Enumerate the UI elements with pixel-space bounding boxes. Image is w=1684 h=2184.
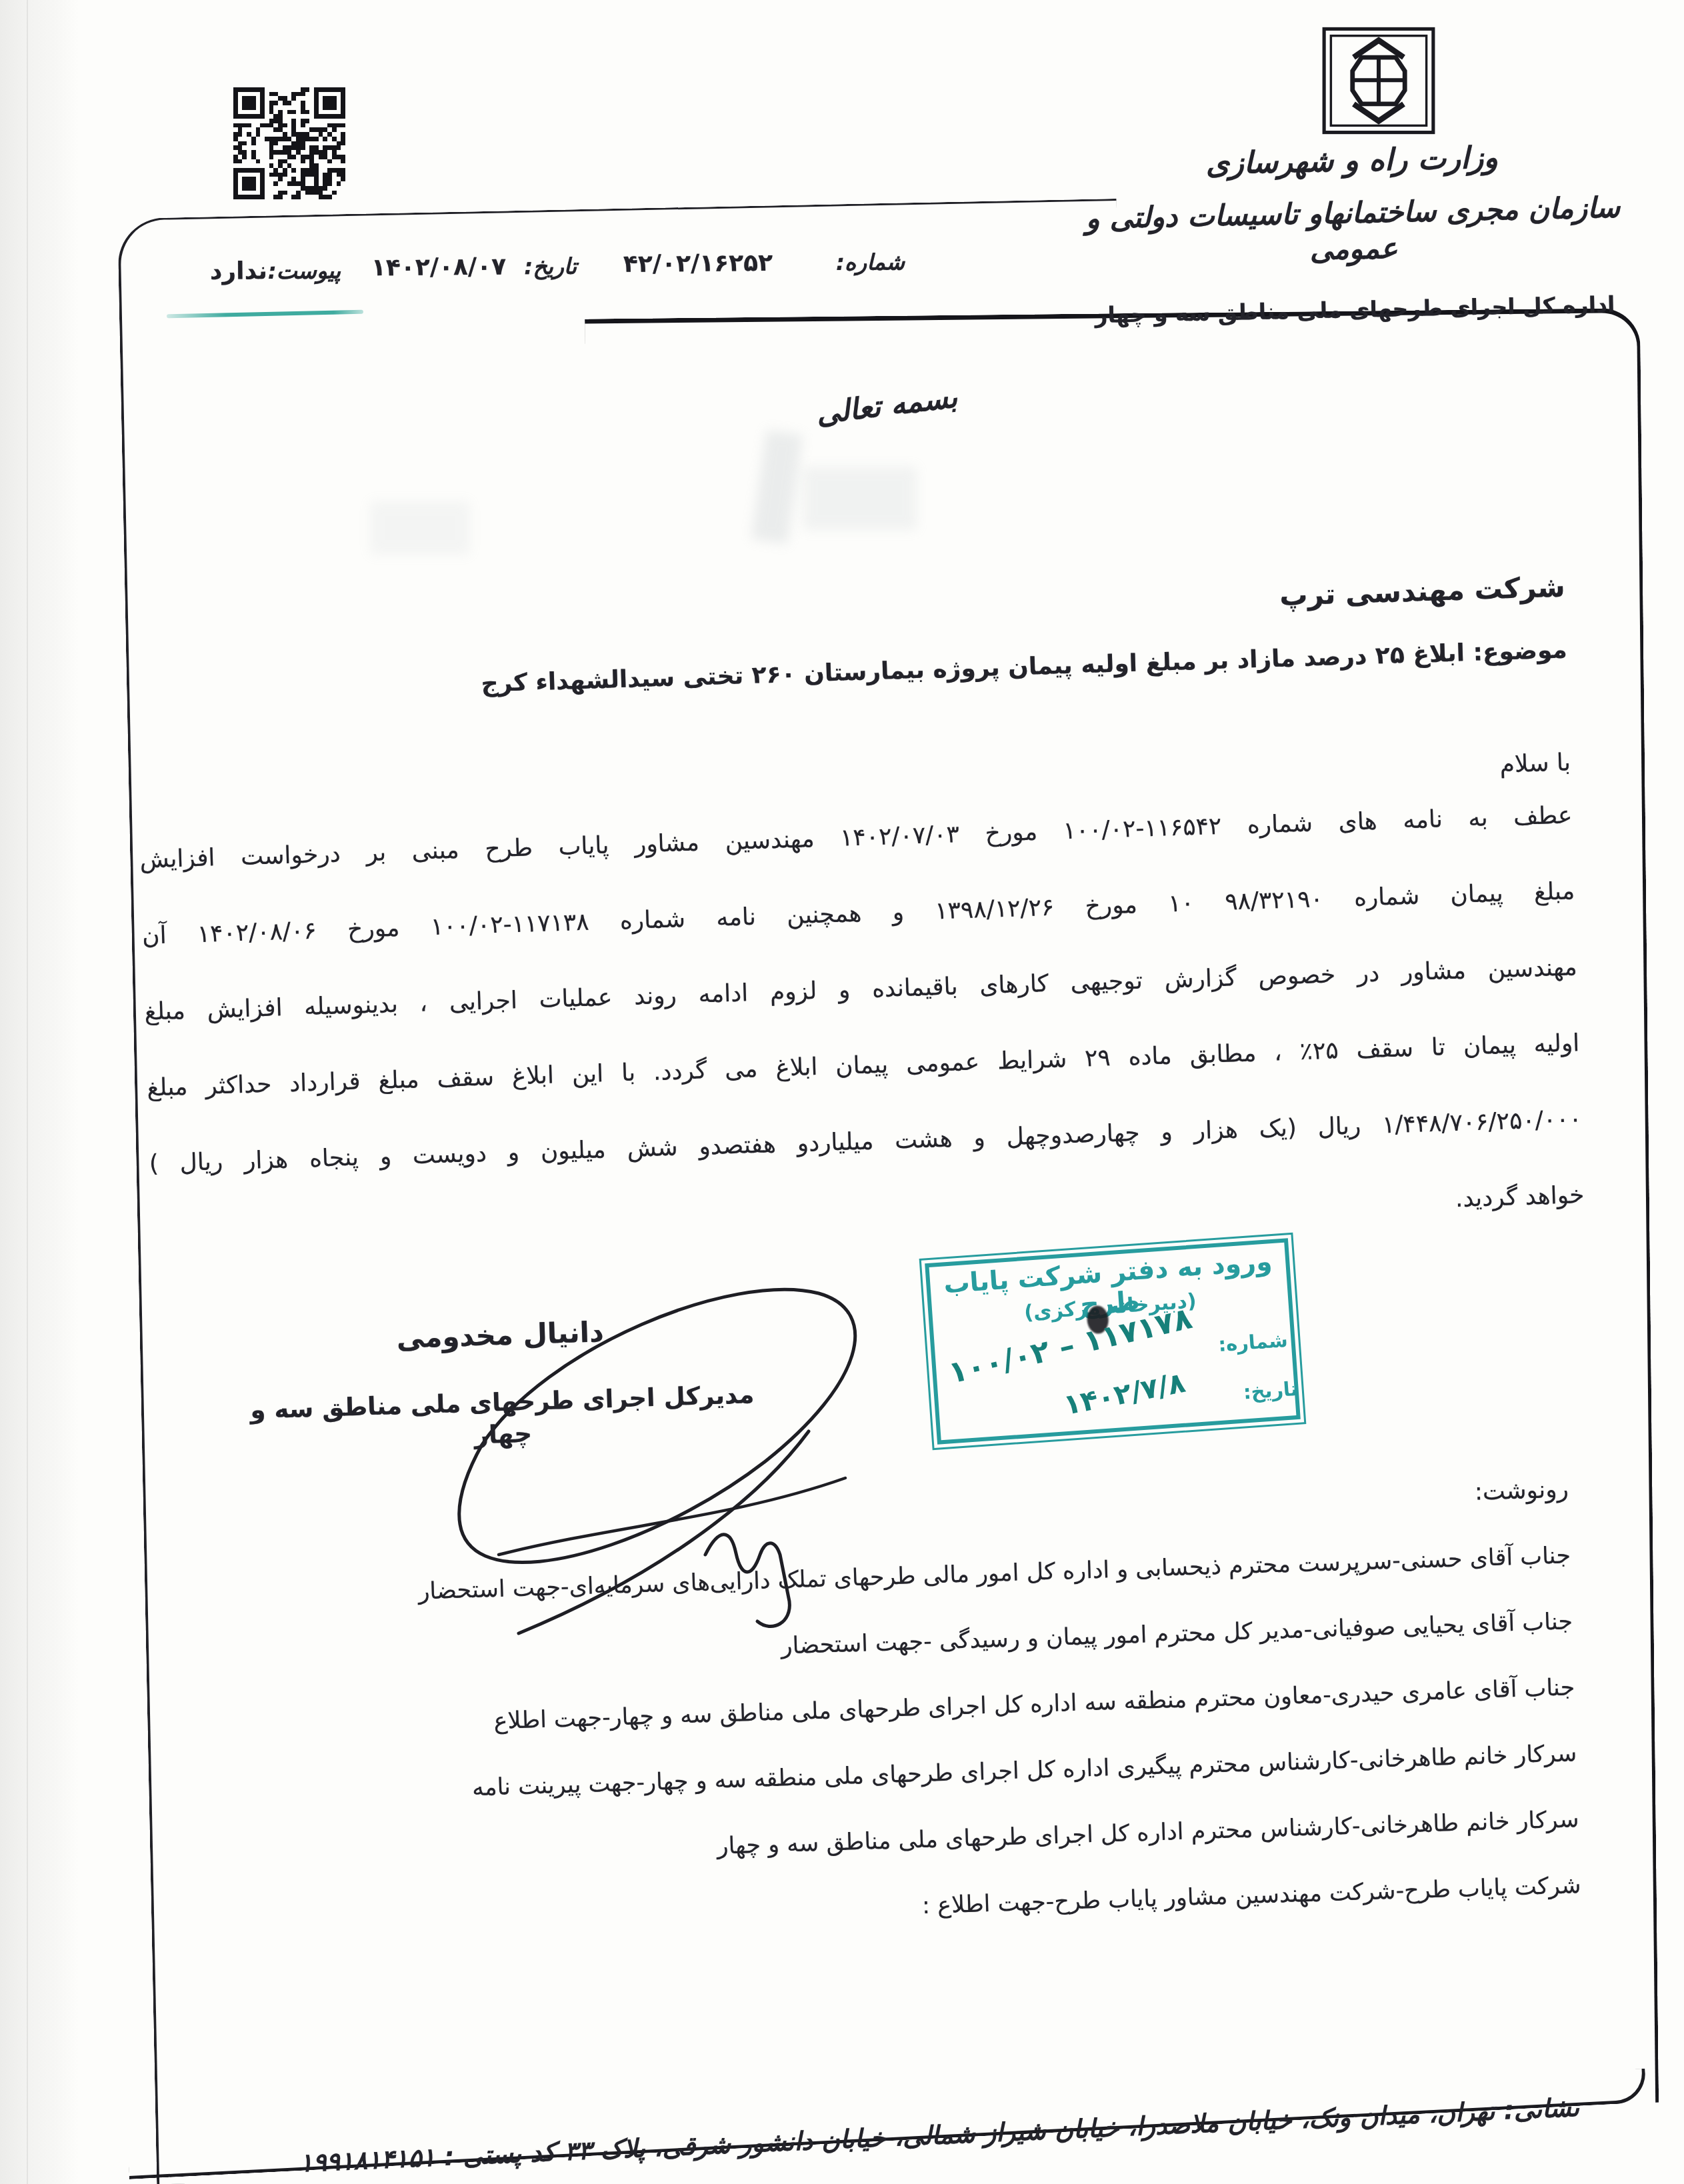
scanned-official-letter: { "colors": { "paper": "#fdfdfb", "ink":… bbox=[0, 0, 1684, 2184]
bleedthrough-mark bbox=[370, 501, 470, 555]
letter-attachment-field: پیوست: ندارد bbox=[210, 257, 341, 285]
letter-attachment-value: ندارد bbox=[210, 257, 267, 285]
ministry-title: وزارت راه و شهرسازی bbox=[1078, 137, 1625, 183]
letter-date-label: تاریخ: bbox=[524, 253, 577, 280]
cc-section: رونوشت: جناب آقای حسنی-سرپرست محترم ذیحس… bbox=[137, 1469, 1582, 1963]
ministry-emblem-icon bbox=[1321, 27, 1436, 135]
letter-number-field: شماره: ۴۲/۰۲/۱۶۲۵۲ bbox=[623, 248, 905, 278]
body-paragraph: عطف به نامه های شماره ۱۱۶۵۴۲-۱۰۰/۰۲ مورخ… bbox=[139, 777, 1585, 1278]
letter-number-label: شماره: bbox=[836, 249, 905, 275]
letter-date-value: ۱۴۰۲/۰۸/۰۷ bbox=[371, 253, 506, 282]
scan-edge-line bbox=[27, 0, 28, 2184]
secretariat-stamp: ورود به دفتر شرکت پایاب طرح (دبیرخانه مر… bbox=[919, 1233, 1307, 1451]
letter-number-value: ۴۲/۰۲/۱۶۲۵۲ bbox=[623, 249, 773, 278]
letter-attachment-label: پیوست: bbox=[267, 257, 341, 284]
cc-list: جناب آقای حسنی-سرپرست محترم ذیحسابی و اد… bbox=[138, 1523, 1582, 1963]
signature-block: دانیال مخدومی مدیرکل اجرای طرحهای ملی من… bbox=[221, 1310, 782, 1459]
organization-title: سازمان مجری ساختمانهاو تاسیسات دولتی و ع… bbox=[1079, 189, 1627, 273]
subject-line: موضوع: ابلاغ ۲۵ درصد مازاد بر مبلغ اولیه… bbox=[134, 632, 1568, 713]
letterhead: وزارت راه و شهرسازی سازمان مجری ساختمانه… bbox=[1078, 137, 1628, 329]
qr-code bbox=[233, 87, 345, 200]
bleedthrough-mark bbox=[803, 467, 917, 530]
scan-edge-shading bbox=[0, 0, 79, 2184]
recipient: شرکت مهندسی ترپ bbox=[132, 569, 1566, 649]
letter-body: شرکت مهندسی ترپ موضوع: ابلاغ ۲۵ درصد ماز… bbox=[131, 524, 1585, 1278]
stamp-number-label: شماره: bbox=[1217, 1329, 1288, 1356]
stamp-date-label: تاریخ: bbox=[1243, 1377, 1299, 1404]
letter-date-field: تاریخ: ۱۴۰۲/۰۸/۰۷ bbox=[371, 253, 577, 282]
